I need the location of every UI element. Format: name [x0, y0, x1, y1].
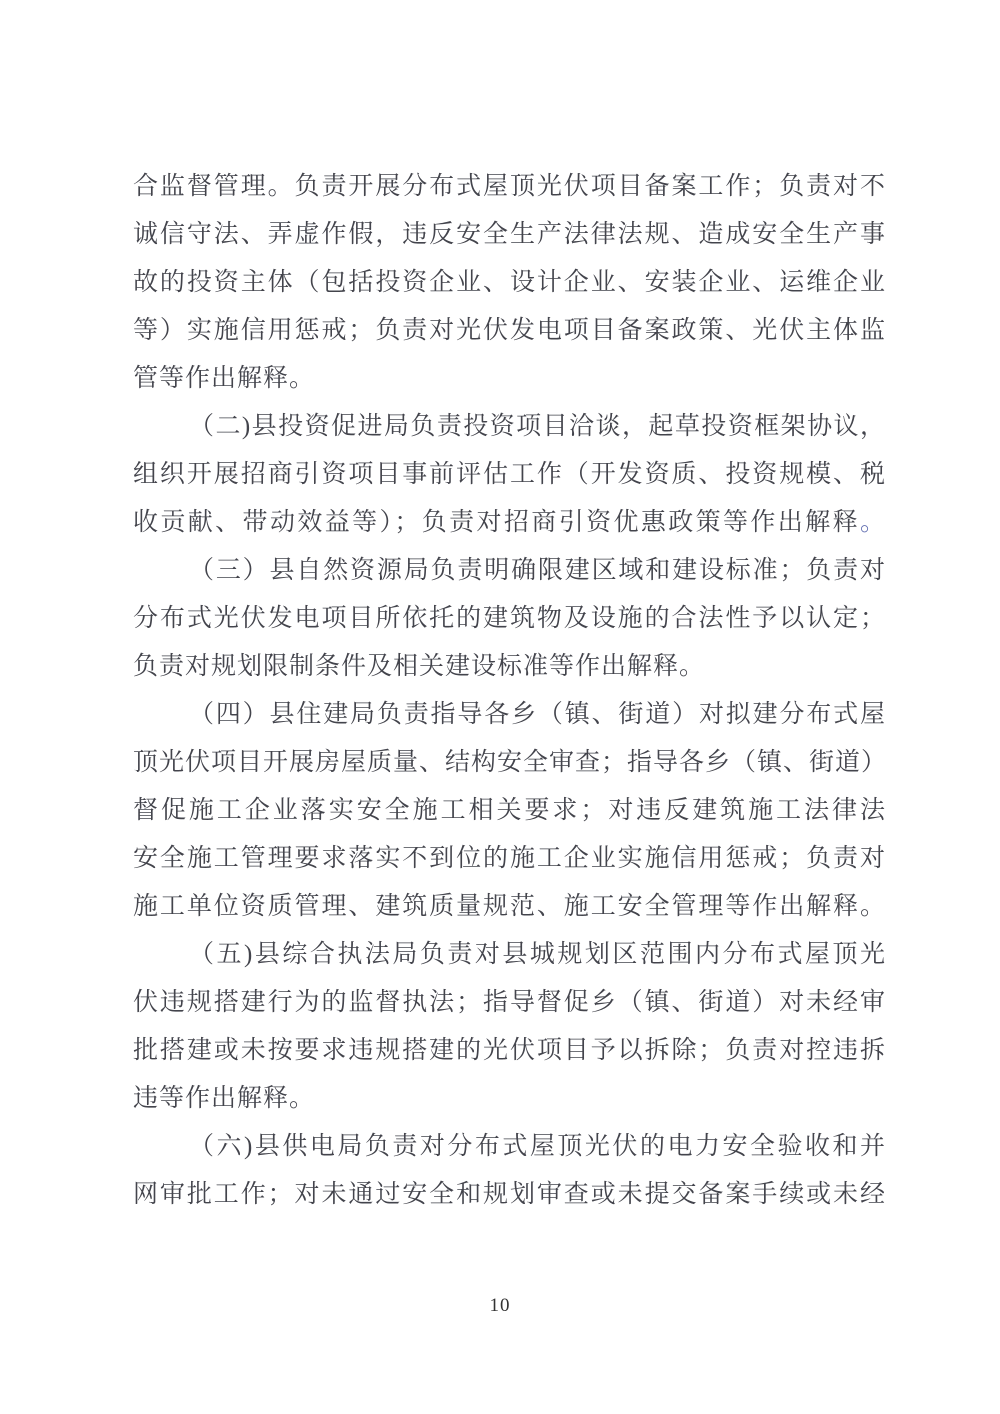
paragraph-6: （六)县供电局负责对分布式屋顶光伏的电力安全验收和并 网审批工作；对未通过安全和…	[133, 1123, 886, 1219]
page-number: 10	[0, 1295, 1000, 1317]
paragraph-5: （五)县综合执法局负责对县城规划区范围内分布式屋顶光 伏违规搭建行为的监督执法；…	[133, 931, 886, 1123]
body-line: 合监督管理。负责开展分布式屋顶光伏项目备案工作；负责对不	[133, 163, 886, 211]
body-line: 违等作出解释。	[133, 1075, 886, 1123]
body-line: 收贡献、带动效益等）；负责对招商引资优惠政策等作出解释。	[133, 499, 886, 547]
body-line: 故的投资主体（包括投资企业、设计企业、安装企业、运维企业	[133, 259, 886, 307]
paragraph-3: （三）县自然资源局负责明确限建区域和建设标准；负责对 分布式光伏发电项目所依托的…	[133, 547, 886, 691]
body-line: 负责对规划限制条件及相关建设标准等作出解释。	[133, 643, 886, 691]
body-line: 顶光伏项目开展房屋质量、结构安全审查；指导各乡（镇、街道）	[133, 739, 886, 787]
body-line: 施工单位资质管理、建筑质量规范、施工安全管理等作出解释。	[133, 883, 886, 931]
body-line: 管等作出解释。	[133, 355, 886, 403]
body-line: 督促施工企业落实安全施工相关要求；对违反建筑施工法律法规、	[133, 787, 886, 835]
body-line: （五)县综合执法局负责对县城规划区范围内分布式屋顶光	[133, 931, 886, 979]
body-line: 分布式光伏发电项目所依托的建筑物及设施的合法性予以认定；	[133, 595, 886, 643]
body-line: 组织开展招商引资项目事前评估工作（开发资质、投资规模、税	[133, 451, 886, 499]
accent-period: 。	[860, 509, 886, 536]
body-line: 批搭建或未按要求违规搭建的光伏项目予以拆除；负责对控违拆	[133, 1027, 886, 1075]
paragraph-1: 合监督管理。负责开展分布式屋顶光伏项目备案工作；负责对不 诚信守法、弄虚作假，违…	[133, 163, 886, 403]
body-line: 网审批工作；对未通过安全和规划审查或未提交备案手续或未经	[133, 1171, 886, 1219]
body-line-text: 收贡献、带动效益等）；负责对招商引资优惠政策等作出解释	[133, 509, 860, 536]
document-body: 合监督管理。负责开展分布式屋顶光伏项目备案工作；负责对不 诚信守法、弄虚作假，违…	[133, 163, 886, 1219]
body-line: （二)县投资促进局负责投资项目洽谈，起草投资框架协议，	[133, 403, 886, 451]
paragraph-2: （二)县投资促进局负责投资项目洽谈，起草投资框架协议， 组织开展招商引资项目事前…	[133, 403, 886, 547]
body-line: 诚信守法、弄虚作假，违反安全生产法律法规、造成安全生产事	[133, 211, 886, 259]
paragraph-4: （四）县住建局负责指导各乡（镇、街道）对拟建分布式屋 顶光伏项目开展房屋质量、结…	[133, 691, 886, 931]
body-line: 伏违规搭建行为的监督执法；指导督促乡（镇、街道）对未经审	[133, 979, 886, 1027]
body-line: （六)县供电局负责对分布式屋顶光伏的电力安全验收和并	[133, 1123, 886, 1171]
body-line: 等）实施信用惩戒；负责对光伏发电项目备案政策、光伏主体监	[133, 307, 886, 355]
body-line: （三）县自然资源局负责明确限建区域和建设标准；负责对	[133, 547, 886, 595]
document-page: 合监督管理。负责开展分布式屋顶光伏项目备案工作；负责对不 诚信守法、弄虚作假，违…	[0, 0, 1000, 1414]
body-line: 安全施工管理要求落实不到位的施工企业实施信用惩戒；负责对	[133, 835, 886, 883]
body-line: （四）县住建局负责指导各乡（镇、街道）对拟建分布式屋	[133, 691, 886, 739]
